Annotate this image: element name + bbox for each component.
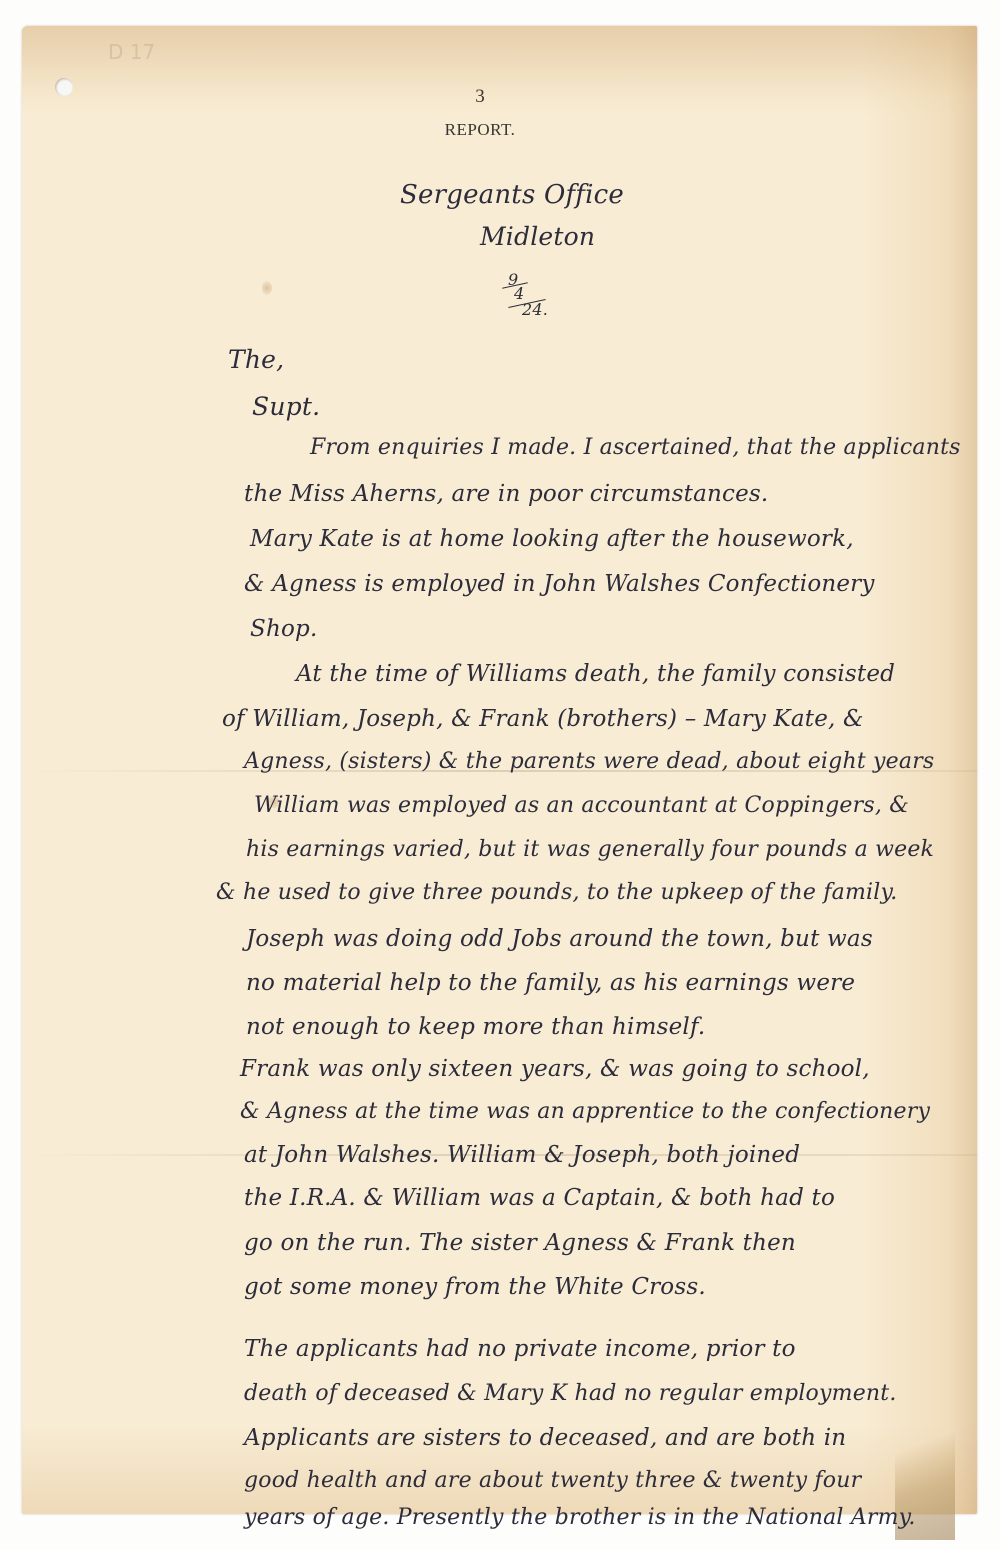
body-line: years of age. Presently the brother is i… xyxy=(244,1505,916,1530)
address-line-town: Midleton xyxy=(480,222,595,251)
body-line: Frank was only sixteen years, & was goin… xyxy=(240,1056,870,1082)
punch-hole xyxy=(55,78,73,96)
body-line: William was employed as an accountant at… xyxy=(254,793,909,818)
body-line: Mary Kate is at home looking after the h… xyxy=(250,526,854,552)
body-line: Joseph was doing odd Jobs around the tow… xyxy=(246,926,873,952)
body-line: go on the run. The sister Agness & Frank… xyxy=(244,1230,796,1256)
body-line: & Agness at the time was an apprentice t… xyxy=(240,1099,930,1124)
address-line-office: Sergeants Office xyxy=(400,180,624,210)
body-line: no material help to the family, as his e… xyxy=(246,970,855,996)
body-line: his earnings varied, but it was generall… xyxy=(246,837,934,862)
body-line: Shop. xyxy=(250,616,317,642)
body-line: & Agness is employed in John Walshes Con… xyxy=(244,571,875,597)
salutation-the: The, xyxy=(228,345,284,374)
body-line: From enquiries I made. I ascertained, th… xyxy=(310,435,961,460)
body-line: good health and are about twenty three &… xyxy=(244,1468,861,1493)
body-line: The applicants had no private income, pr… xyxy=(244,1336,796,1362)
body-line: the Miss Aherns, are in poor circumstanc… xyxy=(244,481,768,507)
body-line: & he used to give three pounds, to the u… xyxy=(216,880,897,905)
body-line: of William, Joseph, & Frank (brothers) –… xyxy=(222,706,864,732)
body-line: not enough to keep more than himself. xyxy=(246,1014,705,1040)
body-line: at John Walshes. William & Joseph, both … xyxy=(244,1142,800,1168)
body-line: got some money from the White Cross. xyxy=(244,1274,706,1300)
body-line: the I.R.A. & William was a Captain, & bo… xyxy=(244,1185,835,1211)
page-number: 3 xyxy=(475,86,485,108)
body-line: Applicants are sisters to deceased, and … xyxy=(244,1425,846,1451)
corner-pencil-mark: D 17 xyxy=(108,40,155,64)
body-line: death of deceased & Mary K had no regula… xyxy=(244,1381,897,1406)
ink-stain xyxy=(262,281,272,295)
body-line: At the time of Williams death, the famil… xyxy=(296,661,895,687)
page-title: REPORT. xyxy=(445,120,516,140)
salutation-supt: Supt. xyxy=(252,392,320,421)
body-line: Agness, (sisters) & the parents were dea… xyxy=(244,749,934,774)
